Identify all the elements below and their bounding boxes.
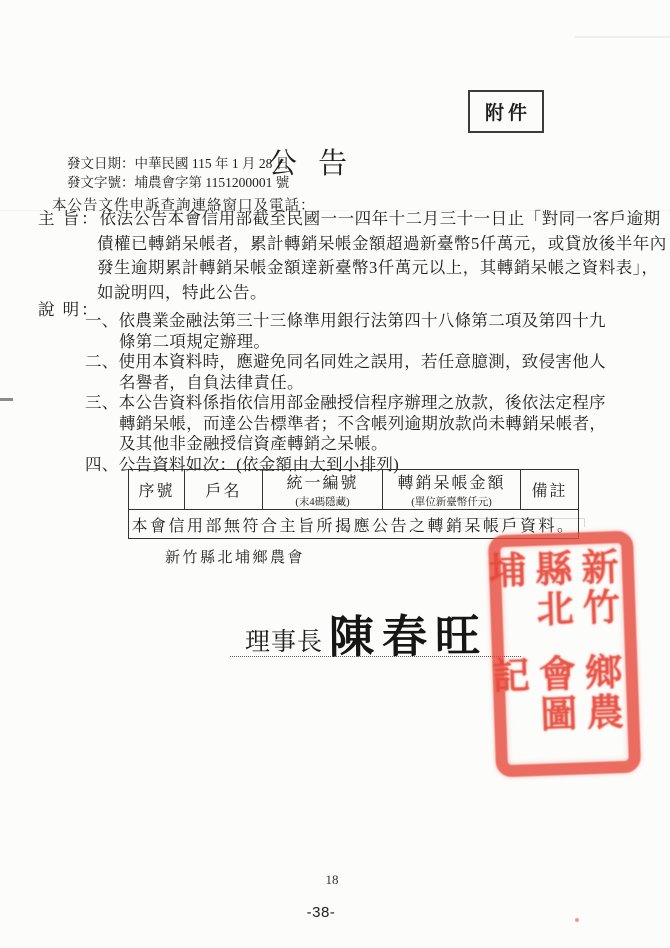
outer-page-number: -38-	[0, 904, 656, 921]
issue-meta: 發文日期：中華民國 115 年 1 月 28 日 發文字號：埔農會字第 1151…	[67, 154, 289, 192]
header-note: 備註	[521, 470, 579, 510]
signature-underline	[230, 656, 521, 657]
scan-artifact-dash	[0, 398, 13, 401]
header-amount: 轉銷呆帳金額(單位新臺幣仟元)	[383, 470, 521, 510]
explanation-item: 二、使用本資料時，應避免同名同姓之誤用，若任意臆測，致侵害他人名譽者，自負法律責…	[85, 352, 620, 393]
scan-artifact-streak	[0, 210, 670, 211]
document-page: { "document": { "attachment_box": "附件", …	[0, 0, 670, 948]
issue-date-label: 發文日期：	[67, 156, 135, 171]
item-text: 本公告資料係指依信用部金融授信程序辦理之放款，後依法定程序轉銷呆帳，而達公告標準…	[119, 393, 607, 453]
scan-artifact-red-speck	[575, 918, 579, 922]
attachment-label-box: 附件	[468, 90, 544, 133]
header-amount-label: 轉銷呆帳金額	[397, 475, 505, 492]
subject-text: 依法公告本會信用部截至民國一一四年十二月三十一日止「對同一客戶逾期債權已轉銷呆帳…	[97, 209, 667, 302]
issue-date-value: 中華民國 115 年 1 月 28 日	[135, 156, 290, 171]
explanation-item: 一、依農業金融法第三十三條準用銀行法第四十八條第二項及第四十九條第二項規定辦理。	[85, 311, 620, 352]
header-account-name-label: 戶名	[205, 483, 241, 500]
official-seal-stamp: 新竹縣北埔 鄉農會圖記	[488, 531, 641, 778]
scan-artifact-streak	[575, 36, 670, 38]
header-account-name: 戶名	[185, 470, 263, 510]
header-amount-sub: (單位新臺幣仟元)	[383, 494, 520, 509]
organization-name: 新竹縣北埔鄉農會	[165, 546, 305, 567]
table-header-row: 序號 戶名 統一編號(末4碼隱藏) 轉銷呆帳金額(單位新臺幣仟元) 備註	[129, 470, 579, 510]
seal-column-left: 鄉農會圖記	[508, 652, 625, 761]
subject-block: 主 旨：依法公告本會信用部截至民國一一四年十二月三十一日止「對同一客戶逾期債權已…	[38, 207, 669, 305]
seal-column-right: 新竹縣北埔	[504, 547, 621, 656]
doc-number-value: 埔農會字第 1151200001 號	[135, 175, 290, 190]
header-serial-label: 序號	[138, 483, 174, 500]
scan-artifact-ghost-line	[461, 518, 585, 527]
explanation-item: 三、本公告資料係指依信用部金融授信程序辦理之放款，後依法定程序轉銷呆帳，而達公告…	[85, 393, 620, 455]
signer-title: 理事長	[245, 622, 323, 658]
explanation-list: 一、依農業金融法第三十三條準用銀行法第四十八條第二項及第四十九條第二項規定辦理。…	[85, 311, 620, 475]
header-uniform-id-sub: (末4碼隱藏)	[263, 494, 382, 509]
item-number: 三、	[85, 393, 119, 412]
header-uniform-id-label: 統一編號	[286, 475, 358, 492]
inner-page-number: 18	[0, 872, 667, 888]
attachment-label: 附件	[481, 98, 531, 125]
header-uniform-id: 統一編號(末4碼隱藏)	[263, 470, 383, 510]
header-serial: 序號	[129, 470, 185, 510]
seal-text: 新竹縣北埔 鄉農會圖記	[504, 547, 624, 761]
item-number: 四、	[85, 455, 119, 474]
doc-number-row: 發文字號：埔農會字第 1151200001 號	[67, 173, 289, 192]
item-number: 一、	[85, 311, 119, 330]
header-note-label: 備註	[531, 483, 567, 500]
subject-label: 主 旨：	[38, 209, 100, 228]
item-text: 使用本資料時，應避免同名同姓之誤用，若任意臆測，致侵害他人名譽者，自負法律責任。	[119, 352, 606, 392]
item-text: 依農業金融法第三十三條準用銀行法第四十八條第二項及第四十九條第二項規定辦理。	[119, 311, 606, 351]
item-number: 二、	[85, 352, 119, 371]
bad-debt-table: 序號 戶名 統一編號(末4碼隱藏) 轉銷呆帳金額(單位新臺幣仟元) 備註 本會信…	[128, 469, 579, 539]
doc-number-label: 發文字號：	[67, 175, 135, 190]
issue-date-row: 發文日期：中華民國 115 年 1 月 28 日	[67, 154, 289, 173]
